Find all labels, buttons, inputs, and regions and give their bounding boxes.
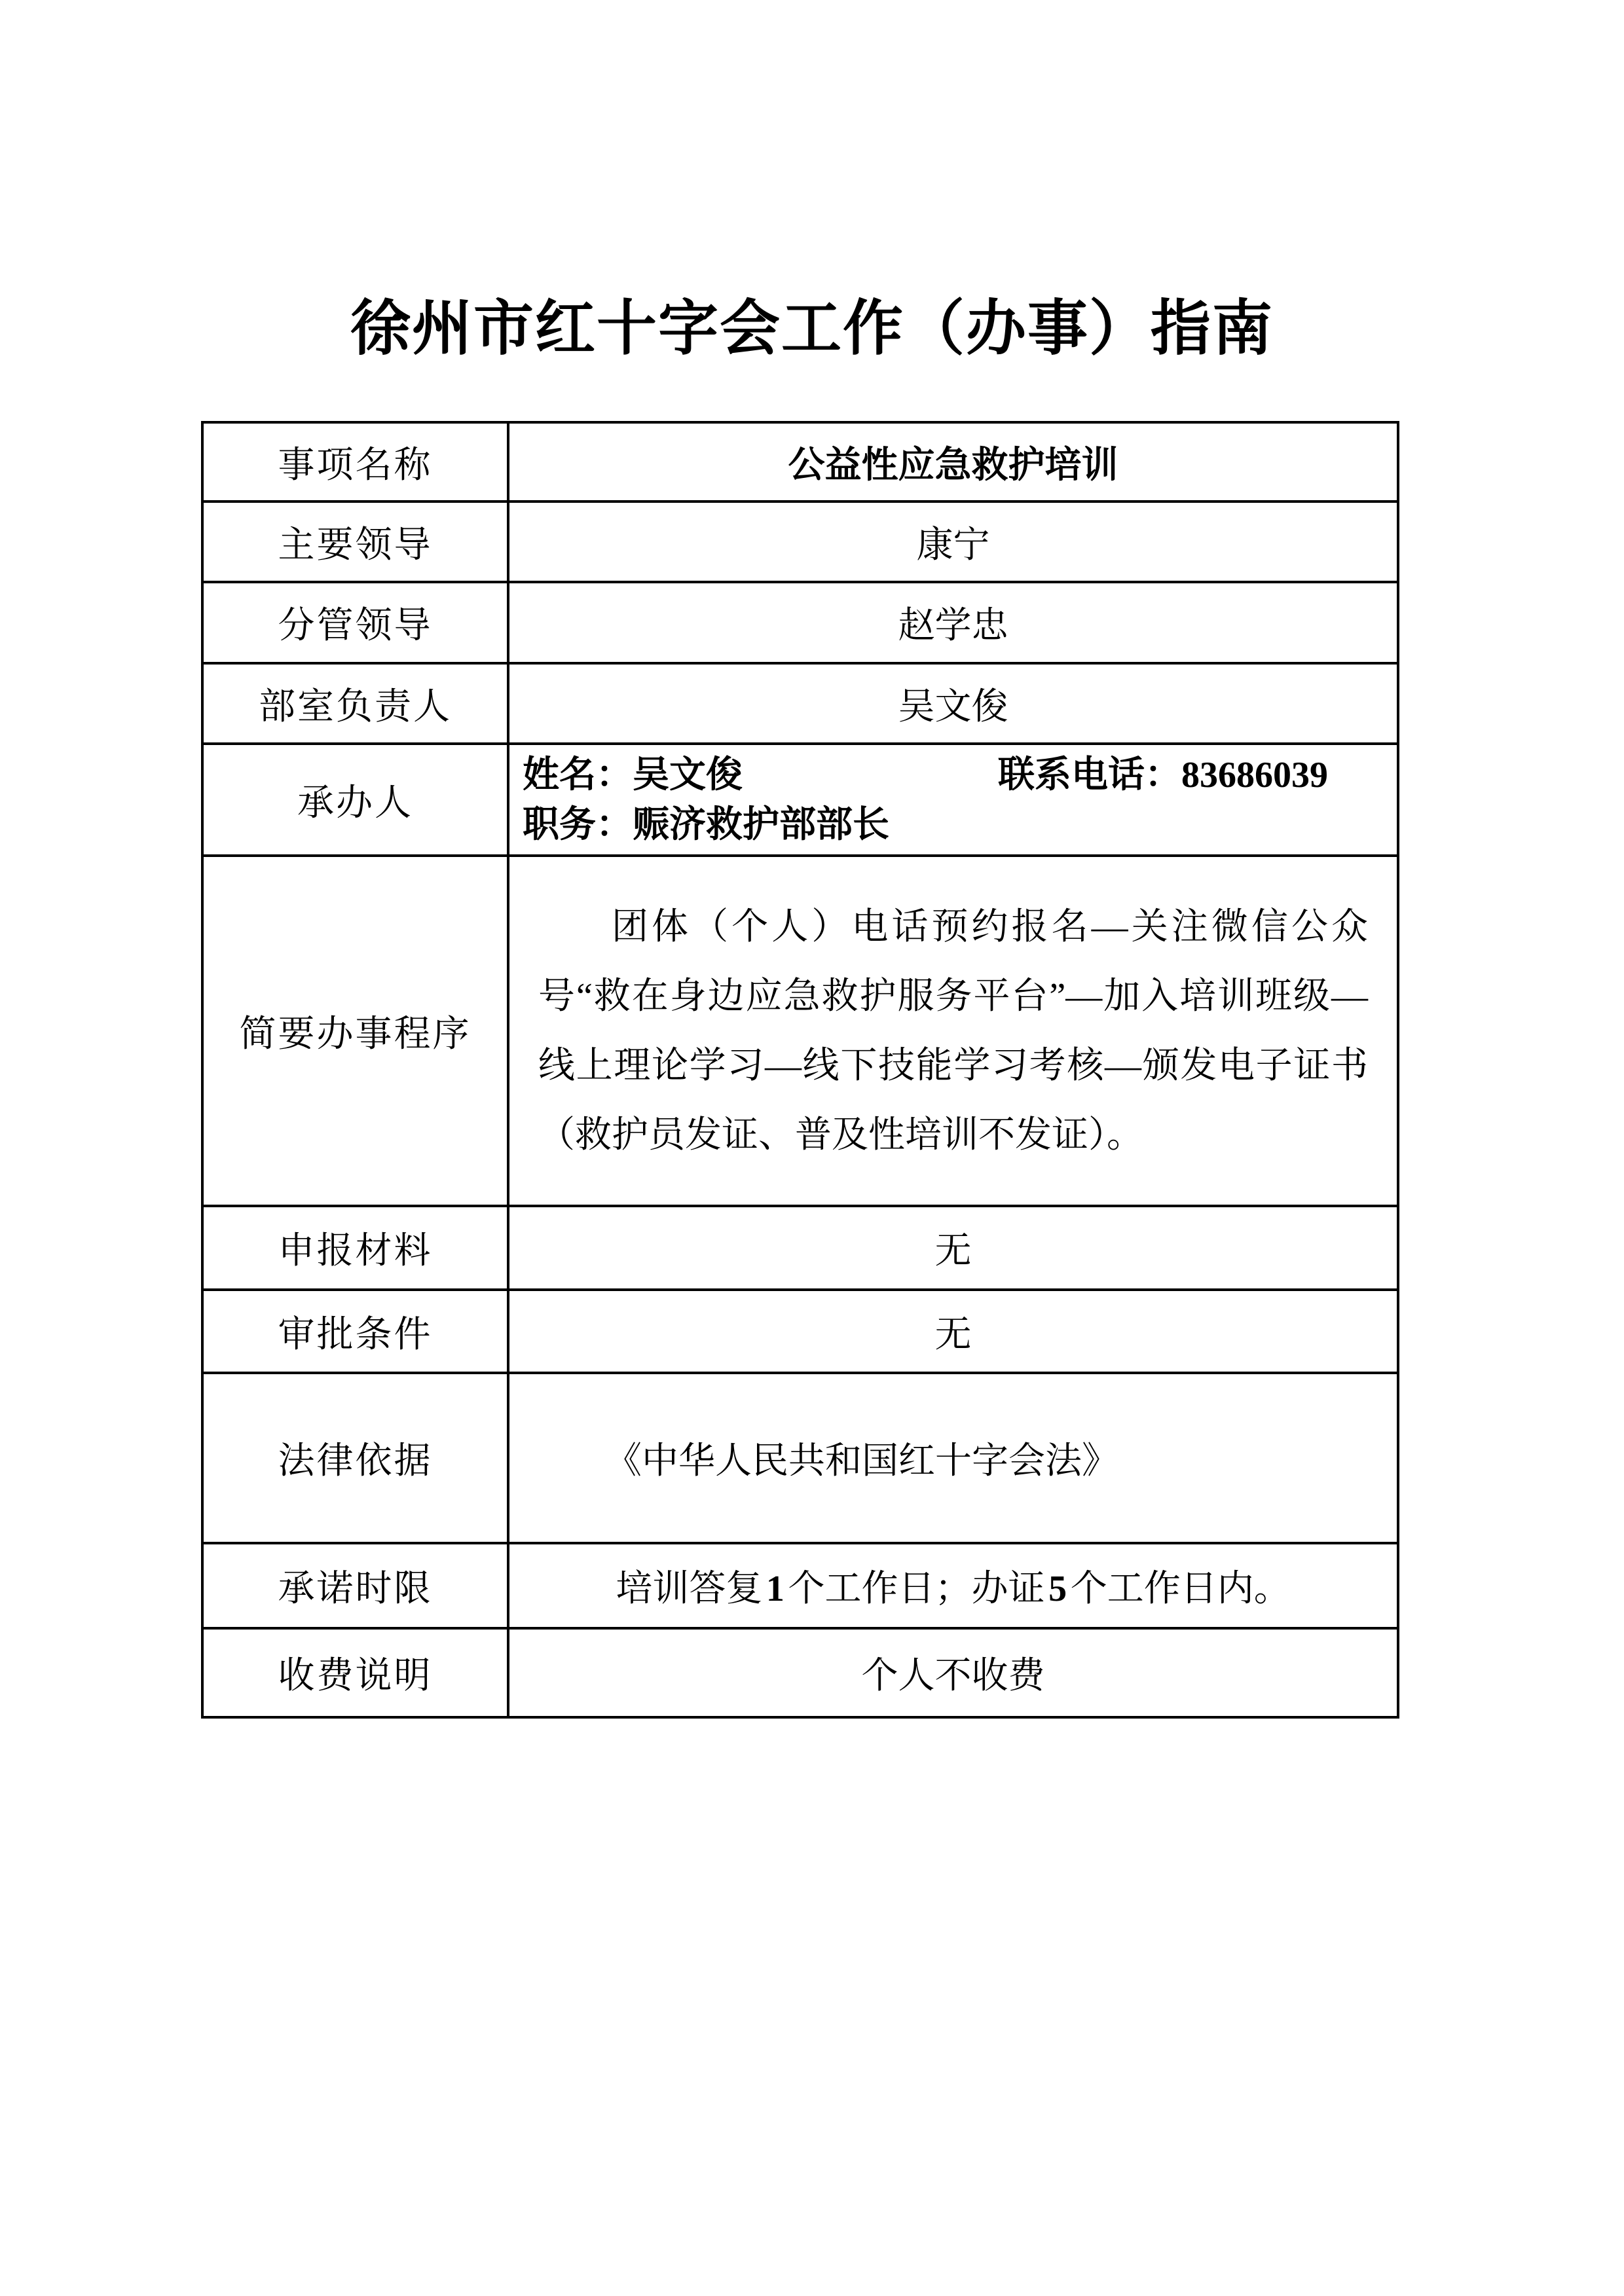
time-limit-num1: 1 [766,1569,784,1609]
table-row-approval: 审批条件 无 [202,1290,1398,1373]
table-row-legal: 法律依据 《中华人民共和国红十字会法》 [202,1373,1398,1543]
row-value-deputy-leader: 赵学忠 [508,582,1398,663]
row-label-legal: 法律依据 [202,1373,508,1543]
handler-line-1: 姓名：吴文俊联系电话：83686039 [523,750,1397,800]
row-label-time-limit: 承诺时限 [202,1543,508,1628]
table-row-fees: 收费说明 个人不收费 [202,1628,1398,1717]
time-limit-part3: 个工作日内。 [1071,1569,1291,1609]
row-value-main-leader: 康宁 [508,501,1398,582]
row-value-item-name: 公益性应急救护培训 [508,422,1398,501]
row-label-main-leader: 主要领导 [202,501,508,582]
row-label-item-name: 事项名称 [202,422,508,501]
row-value-fees: 个人不收费 [508,1628,1398,1717]
table-row-handler: 承办人 姓名：吴文俊联系电话：83686039 职务：赈济救护部部长 [202,744,1398,856]
time-limit-part1: 培训答复 [616,1569,762,1609]
guide-table: 事项名称 公益性应急救护培训 主要领导 康宁 分管领导 赵学忠 部室负责人 吴文… [201,421,1399,1719]
handler-duty-value: 赈济救护部部长 [633,805,889,845]
row-value-legal: 《中华人民共和国红十字会法》 [508,1373,1398,1543]
table-row-materials: 申报材料 无 [202,1206,1398,1290]
row-label-procedure: 简要办事程序 [202,856,508,1206]
time-limit-part2: 个工作日；办证 [788,1569,1045,1609]
row-label-dept-head: 部室负责人 [202,663,508,744]
row-value-procedure: 团体（个人）电话预约报名—关注微信公众号“救在身边应急救护服务平台”—加入培训班… [508,856,1398,1206]
row-value-dept-head: 吴文俊 [508,663,1398,744]
row-value-time-limit: 培训答复1个工作日；办证5个工作日内。 [508,1543,1398,1628]
table-row-main-leader: 主要领导 康宁 [202,501,1398,582]
row-value-handler: 姓名：吴文俊联系电话：83686039 职务：赈济救护部部长 [508,744,1398,856]
handler-name: 姓名：吴文俊 [523,750,998,800]
page-title: 徐州市红十字会工作（办事）指南 [0,289,1624,368]
row-value-materials: 无 [508,1206,1398,1290]
handler-line-2: 职务：赈济救护部部长 [523,800,1397,850]
table-row-deputy-leader: 分管领导 赵学忠 [202,582,1398,663]
row-value-approval: 无 [508,1290,1398,1373]
table-row-time-limit: 承诺时限 培训答复1个工作日；办证5个工作日内。 [202,1543,1398,1628]
handler-name-label: 姓名： [523,755,633,795]
row-label-materials: 申报材料 [202,1206,508,1290]
table-row-dept-head: 部室负责人 吴文俊 [202,663,1398,744]
handler-duty-label: 职务： [523,805,633,845]
row-label-handler: 承办人 [202,744,508,856]
handler-phone-label: 联系电话： [998,755,1181,795]
handler-phone-value: 83686039 [1181,755,1328,795]
procedure-text: 团体（个人）电话预约报名—关注微信公众号“救在身边应急救护服务平台”—加入培训班… [538,892,1368,1170]
time-limit-num2: 5 [1048,1569,1067,1609]
row-label-fees: 收费说明 [202,1628,508,1717]
table-row-item-name: 事项名称 公益性应急救护培训 [202,422,1398,501]
row-label-deputy-leader: 分管领导 [202,582,508,663]
handler-name-value: 吴文俊 [633,755,743,795]
document-page: 徐州市红十字会工作（办事）指南 事项名称 公益性应急救护培训 主要领导 康宁 分… [0,0,1624,2296]
handler-phone: 联系电话：83686039 [998,755,1328,795]
row-label-approval: 审批条件 [202,1290,508,1373]
table-row-procedure: 简要办事程序 团体（个人）电话预约报名—关注微信公众号“救在身边应急救护服务平台… [202,856,1398,1206]
